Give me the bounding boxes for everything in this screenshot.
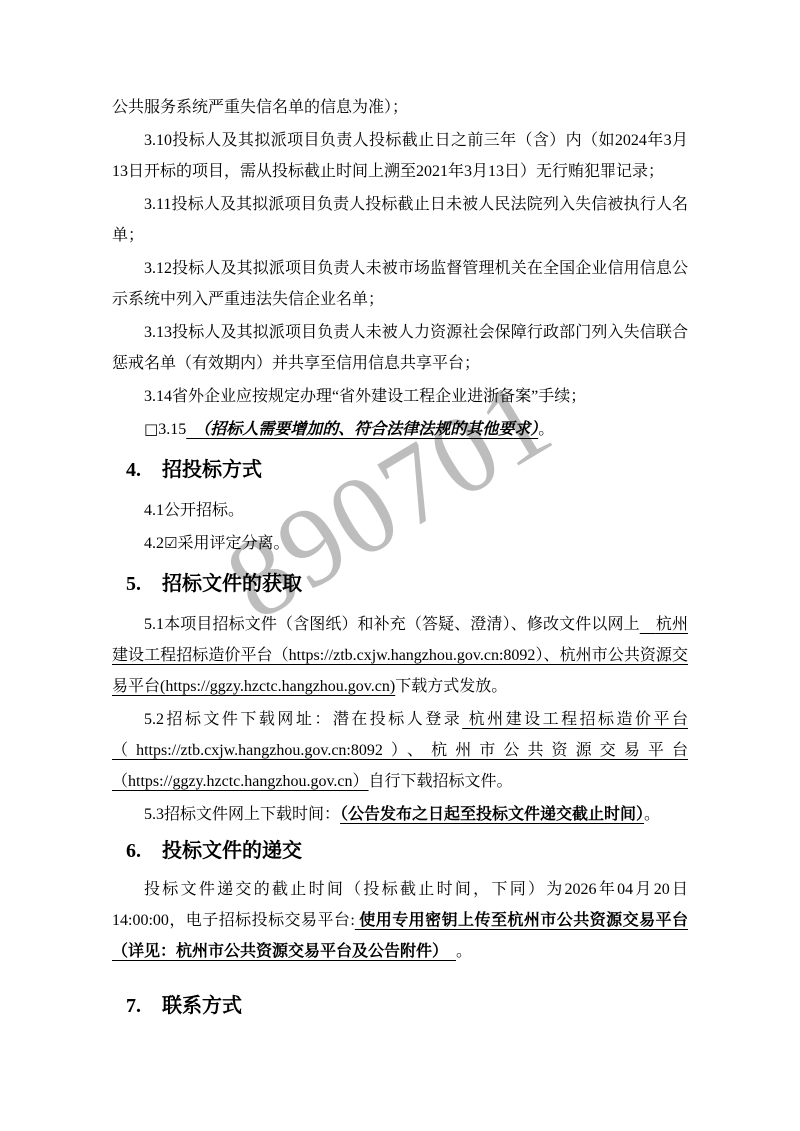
clause-5-2: 5.2招标文件下载网址：潜在投标人登录 杭州建设工程招标造价平台（https:/…	[112, 704, 688, 797]
clause-5-2-tail: 自行下载招标文件。	[369, 773, 513, 790]
clause-carryover-line: 公共服务系统严重失信名单的信息为准）；	[112, 92, 688, 123]
clause-3-11: 3.11投标人及其拟派项目负责人投标截止日未被人民法院列入失信被执行人名单；	[112, 189, 688, 251]
section-5-title: 招标文件的获取	[162, 573, 302, 595]
section-6-number: 6.	[126, 838, 162, 864]
section-7-title: 联系方式	[162, 995, 242, 1017]
clause-3-15-number: 3.15	[158, 421, 186, 438]
document-page: 890701 公共服务系统严重失信名单的信息为准）； 3.10投标人及其拟派项目…	[0, 0, 800, 1131]
section-4-title: 招投标方式	[162, 459, 262, 481]
document-content: 公共服务系统严重失信名单的信息为准）； 3.10投标人及其拟派项目负责人投标截止…	[0, 0, 800, 1019]
clause-4-2-number: 4.2	[144, 535, 164, 552]
clause-3-13: 3.13投标人及其拟派项目负责人未被人力资源社会保障行政部门列入失信联合惩戒名单…	[112, 317, 688, 379]
clause-4-2-text: 采用评定分离。	[177, 535, 289, 552]
checkbox-checked-icon: ☑	[164, 534, 177, 552]
section-6-title: 投标文件的递交	[162, 840, 302, 862]
clause-5-1-tail: 下载方式发放。	[395, 678, 507, 695]
clause-3-10: 3.10投标人及其拟派项目负责人投标截止日之前三年（含）内（如2024年3月13…	[112, 125, 688, 187]
clause-6-body: 投标文件递交的截止时间（投标截止时间，下同）为2026年04月20日14:00:…	[112, 874, 688, 967]
clause-3-15: □3.15 （招标人需要增加的、符合法律法规的其他要求）。	[112, 414, 688, 445]
clause-4-2: 4.2☑采用评定分离。	[112, 528, 688, 559]
section-7-number: 7.	[126, 993, 162, 1019]
section-7-heading: 7.联系方式	[112, 993, 688, 1019]
clause-3-15-period: 。	[538, 421, 554, 438]
clause-6-period: 。	[456, 943, 472, 960]
clause-3-14: 3.14省外企业应按规定办理“省外建设工程企业进浙备案”手续；	[112, 381, 688, 412]
checkbox-unchecked-icon: □	[144, 420, 158, 438]
clause-5-1: 5.1本项目招标文件（含图纸）和补充（答疑、澄清）、修改文件以网上 杭州建设工程…	[112, 609, 688, 702]
section-6-heading: 6.投标文件的递交	[112, 838, 688, 864]
clause-5-3-fill-in-text: （公告发布之日起至投标文件递交截止时间）	[340, 806, 644, 823]
clause-3-15-fill-in-text: （招标人需要增加的、符合法律法规的其他要求）	[186, 421, 538, 438]
section-4-heading: 4.招投标方式	[112, 457, 688, 483]
clause-5-1-blank	[640, 616, 656, 633]
clause-5-3: 5.3招标文件网上下载时间：（公告发布之日起至投标文件递交截止时间）。	[112, 799, 688, 830]
section-5-heading: 5.招标文件的获取	[112, 571, 688, 597]
clause-3-12: 3.12投标人及其拟派项目负责人未被市场监督管理机关在全国企业信用信息公示系统中…	[112, 253, 688, 315]
clause-5-1-lead: 5.1本项目招标文件（含图纸）和补充（答疑、澄清）、修改文件以网上	[144, 616, 640, 633]
clause-5-2-lead: 5.2招标文件下载网址：潜在投标人登录	[144, 711, 462, 728]
section-5-number: 5.	[126, 571, 162, 597]
clause-5-3-period: 。	[644, 806, 660, 823]
clause-4-1: 4.1公开招标。	[112, 495, 688, 526]
clause-5-3-lead: 5.3招标文件网上下载时间：	[144, 806, 340, 823]
section-4-number: 4.	[126, 457, 162, 483]
